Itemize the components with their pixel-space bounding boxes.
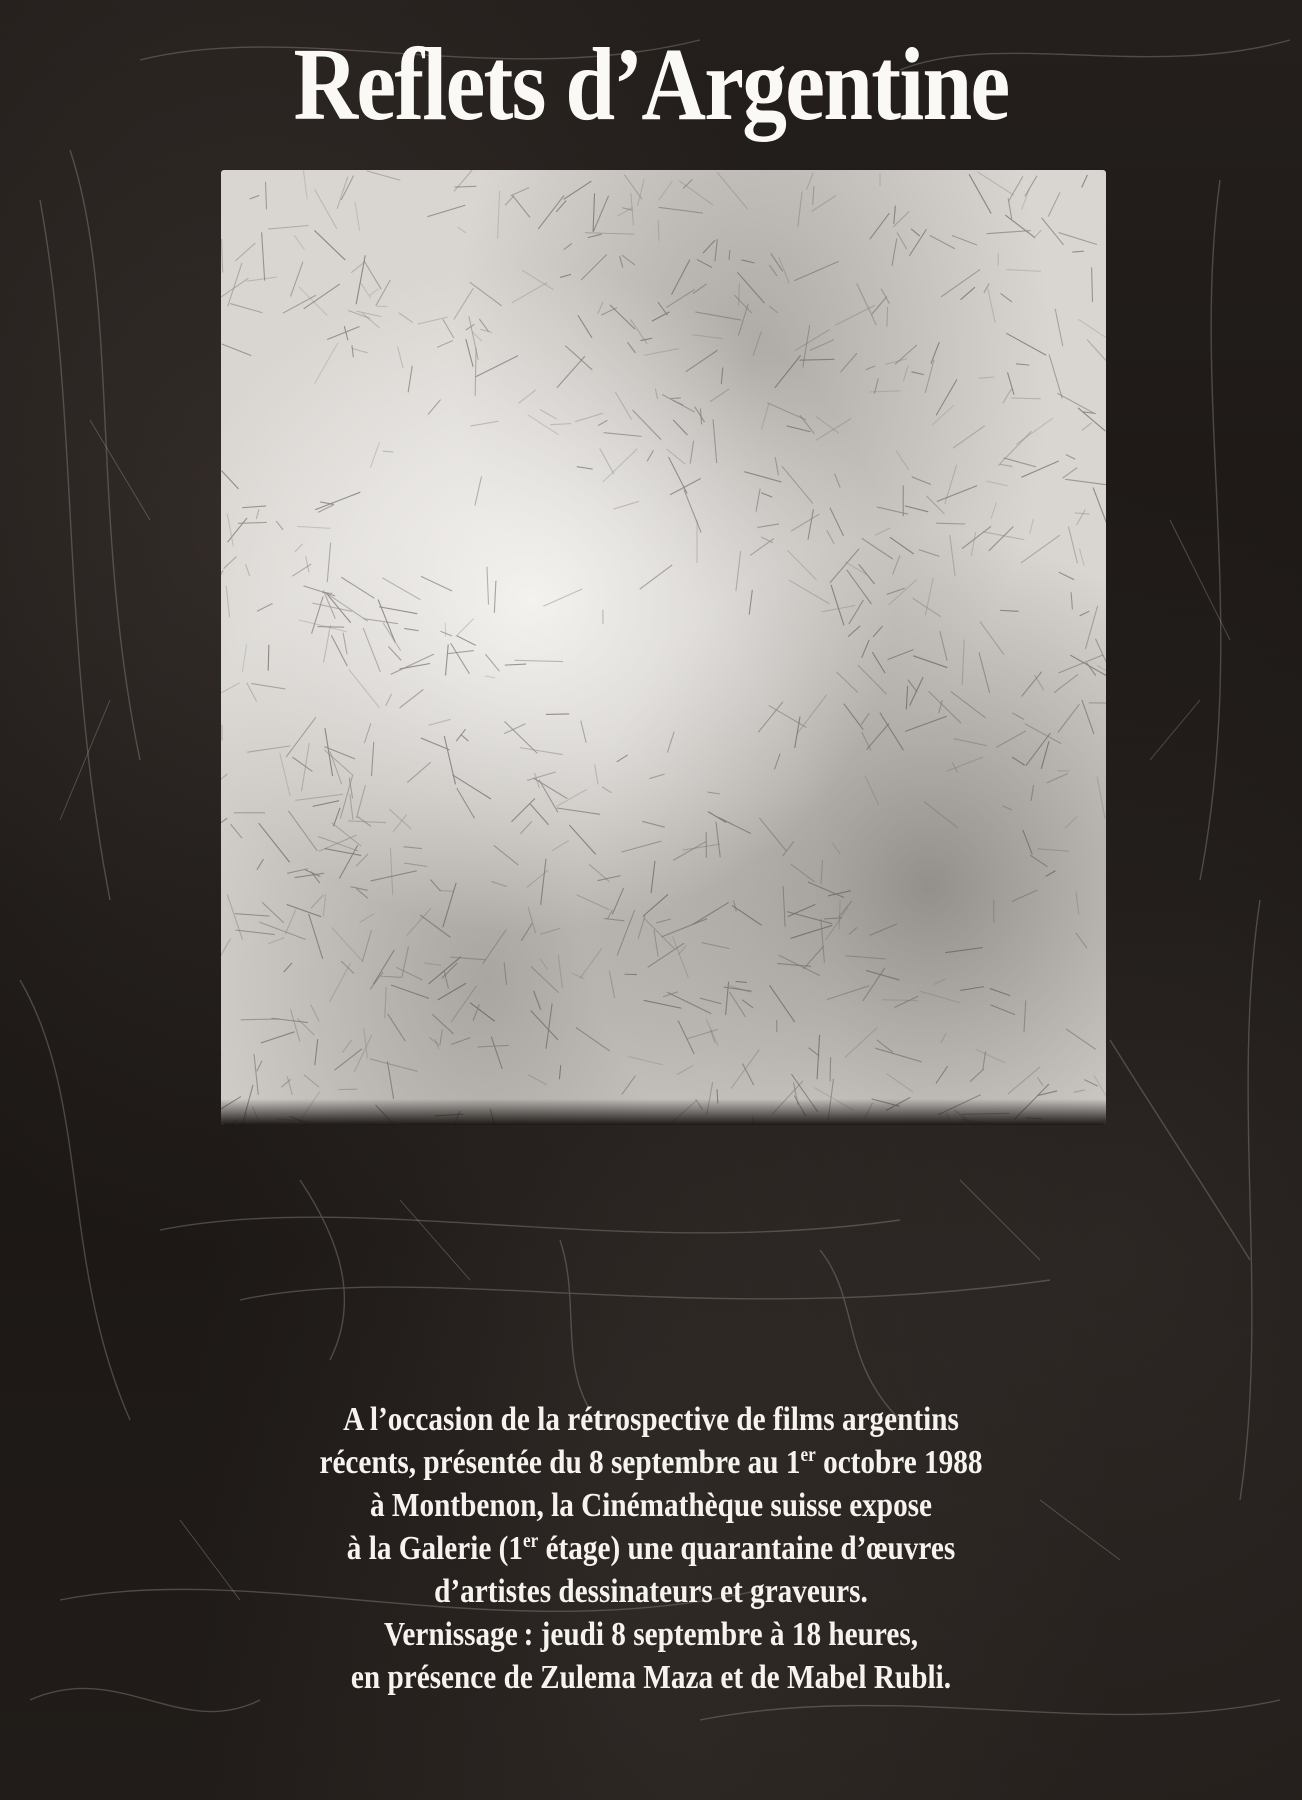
caption-line-3: à Montbenon, la Cinémathèque suisse expo…	[91, 1484, 1211, 1527]
caption-line-4: à la Galerie (1er étage) une quarantaine…	[91, 1527, 1211, 1570]
caption-line-2-start: récents, présentée du 8 septembre au 1	[319, 1444, 800, 1481]
caption-line-2: récents, présentée du 8 septembre au 1er…	[91, 1441, 1211, 1484]
exhibition-caption: A l’occasion de la rétrospective de film…	[0, 1398, 1302, 1699]
poster: Reflets d’Argentine A l’occasion de la r…	[0, 0, 1302, 1800]
caption-line-2-end: octobre 1988	[816, 1444, 983, 1481]
caption-line-5: d’artistes dessinateurs et graveurs.	[91, 1570, 1211, 1613]
caption-line-4-start: à la Galerie (1	[347, 1530, 523, 1567]
artwork-grass-texture	[221, 170, 1106, 1125]
artwork-image	[221, 170, 1106, 1125]
caption-line-6-vernissage: Vernissage : jeudi 8 septembre à 18 heur…	[91, 1613, 1211, 1656]
caption-line-1: A l’occasion de la rétrospective de film…	[91, 1398, 1211, 1441]
artwork-bottom-edge	[221, 1099, 1106, 1125]
ordinal-superscript: er	[523, 1530, 538, 1552]
poster-title: Reflets d’Argentine	[91, 28, 1211, 142]
caption-line-4-end: étage) une quarantaine d’œuvres	[538, 1530, 955, 1567]
caption-line-7: en présence de Zulema Maza et de Mabel R…	[91, 1656, 1211, 1699]
ordinal-superscript: er	[800, 1444, 815, 1466]
